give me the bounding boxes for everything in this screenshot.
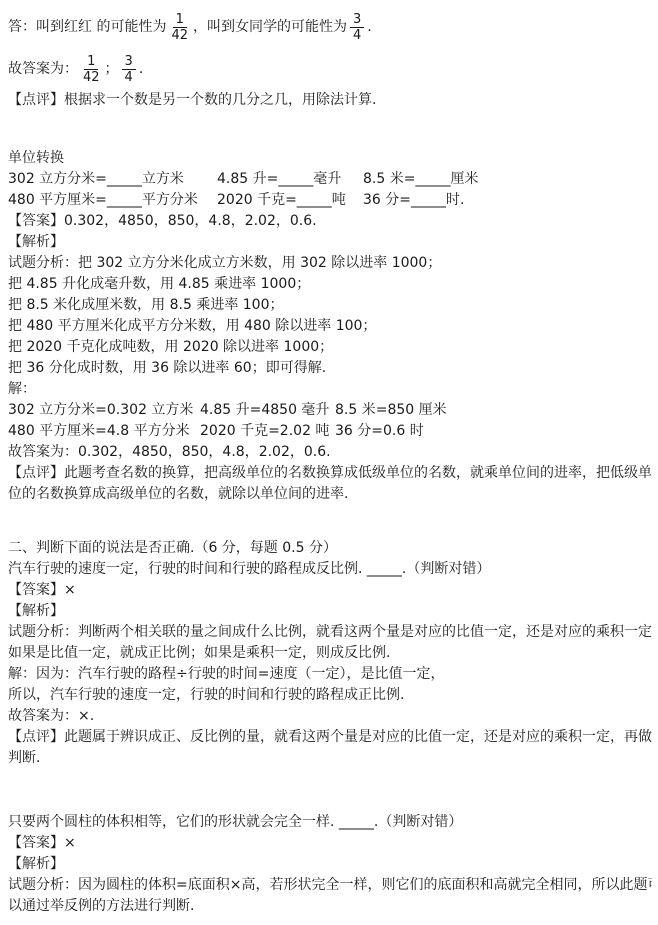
cylinder-question-line: 只要两个圆柱的体积相等，它们的形状就会完全一样. _____.（判断对错） — [8, 812, 652, 833]
blank-cell: 36 分=_____时. — [363, 190, 652, 211]
analysis-line: 试题分析：判断两个相关联的量之间成什么比例，就看这两个量是对应的比值一定，还是对… — [8, 622, 652, 643]
fraction-3-4: 34 — [122, 54, 136, 85]
analysis-line: 试题分析：把 302 立方分米化成立方米数，用 302 除以进率 1000； — [8, 253, 652, 274]
analysis-line: 把 4.85 升化成毫升数，用 4.85 乘进率 1000； — [8, 274, 652, 295]
solved-row-1: 302 立方分米=0.302 立方米 4.85 升=4850 毫升 8.5 米=… — [8, 400, 652, 421]
section-probability-answer: 答：叫到红红 的可能性为142，叫到女同学的可能性为34. 故答案为：142；3… — [8, 0, 652, 111]
solved-cell: 302 立方分米=0.302 立方米 — [8, 400, 200, 421]
comment-line: 位的名数换算成高级单位的名数，就除以单位间的进率. — [8, 484, 652, 505]
fraction-numerator: 3 — [350, 12, 364, 28]
cylinder-answer-line: 【答案】× — [8, 833, 652, 854]
analysis-line: 试题分析：因为圆柱的体积=底面积×高，若形状完全一样，则它们的底面积和高就完全相… — [8, 875, 652, 896]
solved-row-2: 480 平方厘米=4.8 平方分米 2020 千克=2.02 吨 36 分=0.… — [8, 421, 652, 442]
judgment-answer-line: 【答案】× — [8, 580, 652, 601]
unit-conversion-title: 单位转换 — [8, 148, 652, 169]
fraction-denominator: 4 — [123, 70, 135, 85]
analysis-line: 把 2020 千克化成吨数，用 2020 除以进率 1000； — [8, 337, 652, 358]
conclusion-text-pre: 故答案为： — [8, 59, 78, 80]
unit-conversion-conclusion-line: 故答案为：0.302，4850，850，4.8，2.02，0.6. — [8, 442, 652, 463]
analysis-line: 把 480 平方厘米化成平方分米数，用 480 除以进率 100； — [8, 316, 652, 337]
comment-line: 判断. — [8, 748, 652, 769]
unit-conversion-answer-line: 【答案】0.302，4850，850，4.8，2.02，0.6. — [8, 211, 652, 232]
analysis-line: 如果是比值一定，就成正比例；如果是乘积一定，则成反比例. — [8, 643, 652, 664]
solved-cell: 4.85 升=4850 毫升 — [200, 400, 335, 421]
judgment-section-heading: 二、判断下面的说法是否正确.（6 分，每题 0.5 分） — [8, 538, 652, 559]
fraction-numerator: 3 — [122, 54, 136, 70]
answer-text-pre: 答：叫到红红 的可能性为 — [8, 17, 166, 38]
analysis-line: 把 8.5 米化成厘米数，用 8.5 乘进率 100； — [8, 295, 652, 316]
fraction-numerator: 1 — [84, 54, 98, 70]
fraction-denominator: 4 — [351, 28, 363, 43]
solved-cell: 36 分=0.6 时 — [335, 421, 652, 442]
blank-cell: 302 立方分米=_____立方米 — [8, 169, 217, 190]
solved-cell: 2020 千克=2.02 吨 — [200, 421, 335, 442]
blanks-row-1: 302 立方分米=_____立方米 4.85 升=_____毫升 8.5 米=_… — [8, 169, 652, 190]
analysis-line: 把 36 分化成时数，用 36 除以进率 60；即可得解. — [8, 358, 652, 379]
blank-cell: 480 平方厘米=_____平方分米 — [8, 190, 217, 211]
solved-cell: 480 平方厘米=4.8 平方分米 — [8, 421, 200, 442]
blank-cell: 8.5 米=_____厘米 — [363, 169, 652, 190]
analysis-line: 故答案为：×. — [8, 706, 652, 727]
answer-text-mid: ，叫到女同学的可能性为 — [193, 17, 347, 38]
solution-label: 解： — [8, 379, 652, 400]
section-judgment: 二、判断下面的说法是否正确.（6 分，每题 0.5 分） 汽车行驶的速度一定，行… — [8, 538, 652, 769]
conclusion-text-end: . — [139, 59, 143, 80]
judgment-question-line: 汽车行驶的速度一定，行驶的时间和行驶的路程成反比例. _____.（判断对错） — [8, 559, 652, 580]
section-cylinder-question: 只要两个圆柱的体积相等，它们的形状就会完全一样. _____.（判断对错） 【答… — [8, 812, 652, 917]
probability-conclusion-line: 故答案为：142；34. — [8, 48, 652, 90]
blanks-row-2: 480 平方厘米=_____平方分米 2020 千克=_____吨 36 分=_… — [8, 190, 652, 211]
fraction-1-42: 142 — [81, 54, 102, 85]
analysis-label: 【解析】 — [8, 854, 652, 875]
section-unit-conversion: 单位转换 302 立方分米=_____立方米 4.85 升=_____毫升 8.… — [8, 148, 652, 505]
analysis-label: 【解析】 — [8, 601, 652, 622]
comment-line: 【点评】此题属于辨识成正、反比例的量，就看这两个量是对应的比值一定，还是对应的乘… — [8, 727, 652, 748]
conclusion-separator: ； — [105, 59, 119, 80]
probability-comment-line: 【点评】根据求一个数是另一个数的几分之几，用除法计算. — [8, 90, 652, 111]
probability-answer-line: 答：叫到红红 的可能性为142，叫到女同学的可能性为34. — [8, 6, 652, 48]
analysis-line: 所以，汽车行驶的速度一定，行驶的时间和行驶的路程成正比例. — [8, 685, 652, 706]
analysis-label: 【解析】 — [8, 232, 652, 253]
worksheet-document: 答：叫到红红 的可能性为142，叫到女同学的可能性为34. 故答案为：142；3… — [0, 0, 658, 917]
blank-cell: 4.85 升=_____毫升 — [217, 169, 363, 190]
fraction-numerator: 1 — [173, 12, 187, 28]
analysis-line: 以通过举反例的方法进行判断. — [8, 896, 652, 917]
blank-cell: 2020 千克=_____吨 — [217, 190, 363, 211]
comment-line: 【点评】此题考查名数的换算，把高级单位的名数换算成低级单位的名数，就乘单位间的进… — [8, 463, 652, 484]
fraction-3-4: 34 — [350, 12, 364, 43]
solved-cell: 8.5 米=850 厘米 — [335, 400, 652, 421]
fraction-1-42: 142 — [169, 12, 190, 43]
fraction-denominator: 42 — [169, 28, 190, 43]
fraction-denominator: 42 — [81, 70, 102, 85]
answer-text-end: . — [367, 17, 371, 38]
analysis-line: 解：因为：汽车行驶的路程÷行驶的时间=速度（一定），是比值一定， — [8, 664, 652, 685]
